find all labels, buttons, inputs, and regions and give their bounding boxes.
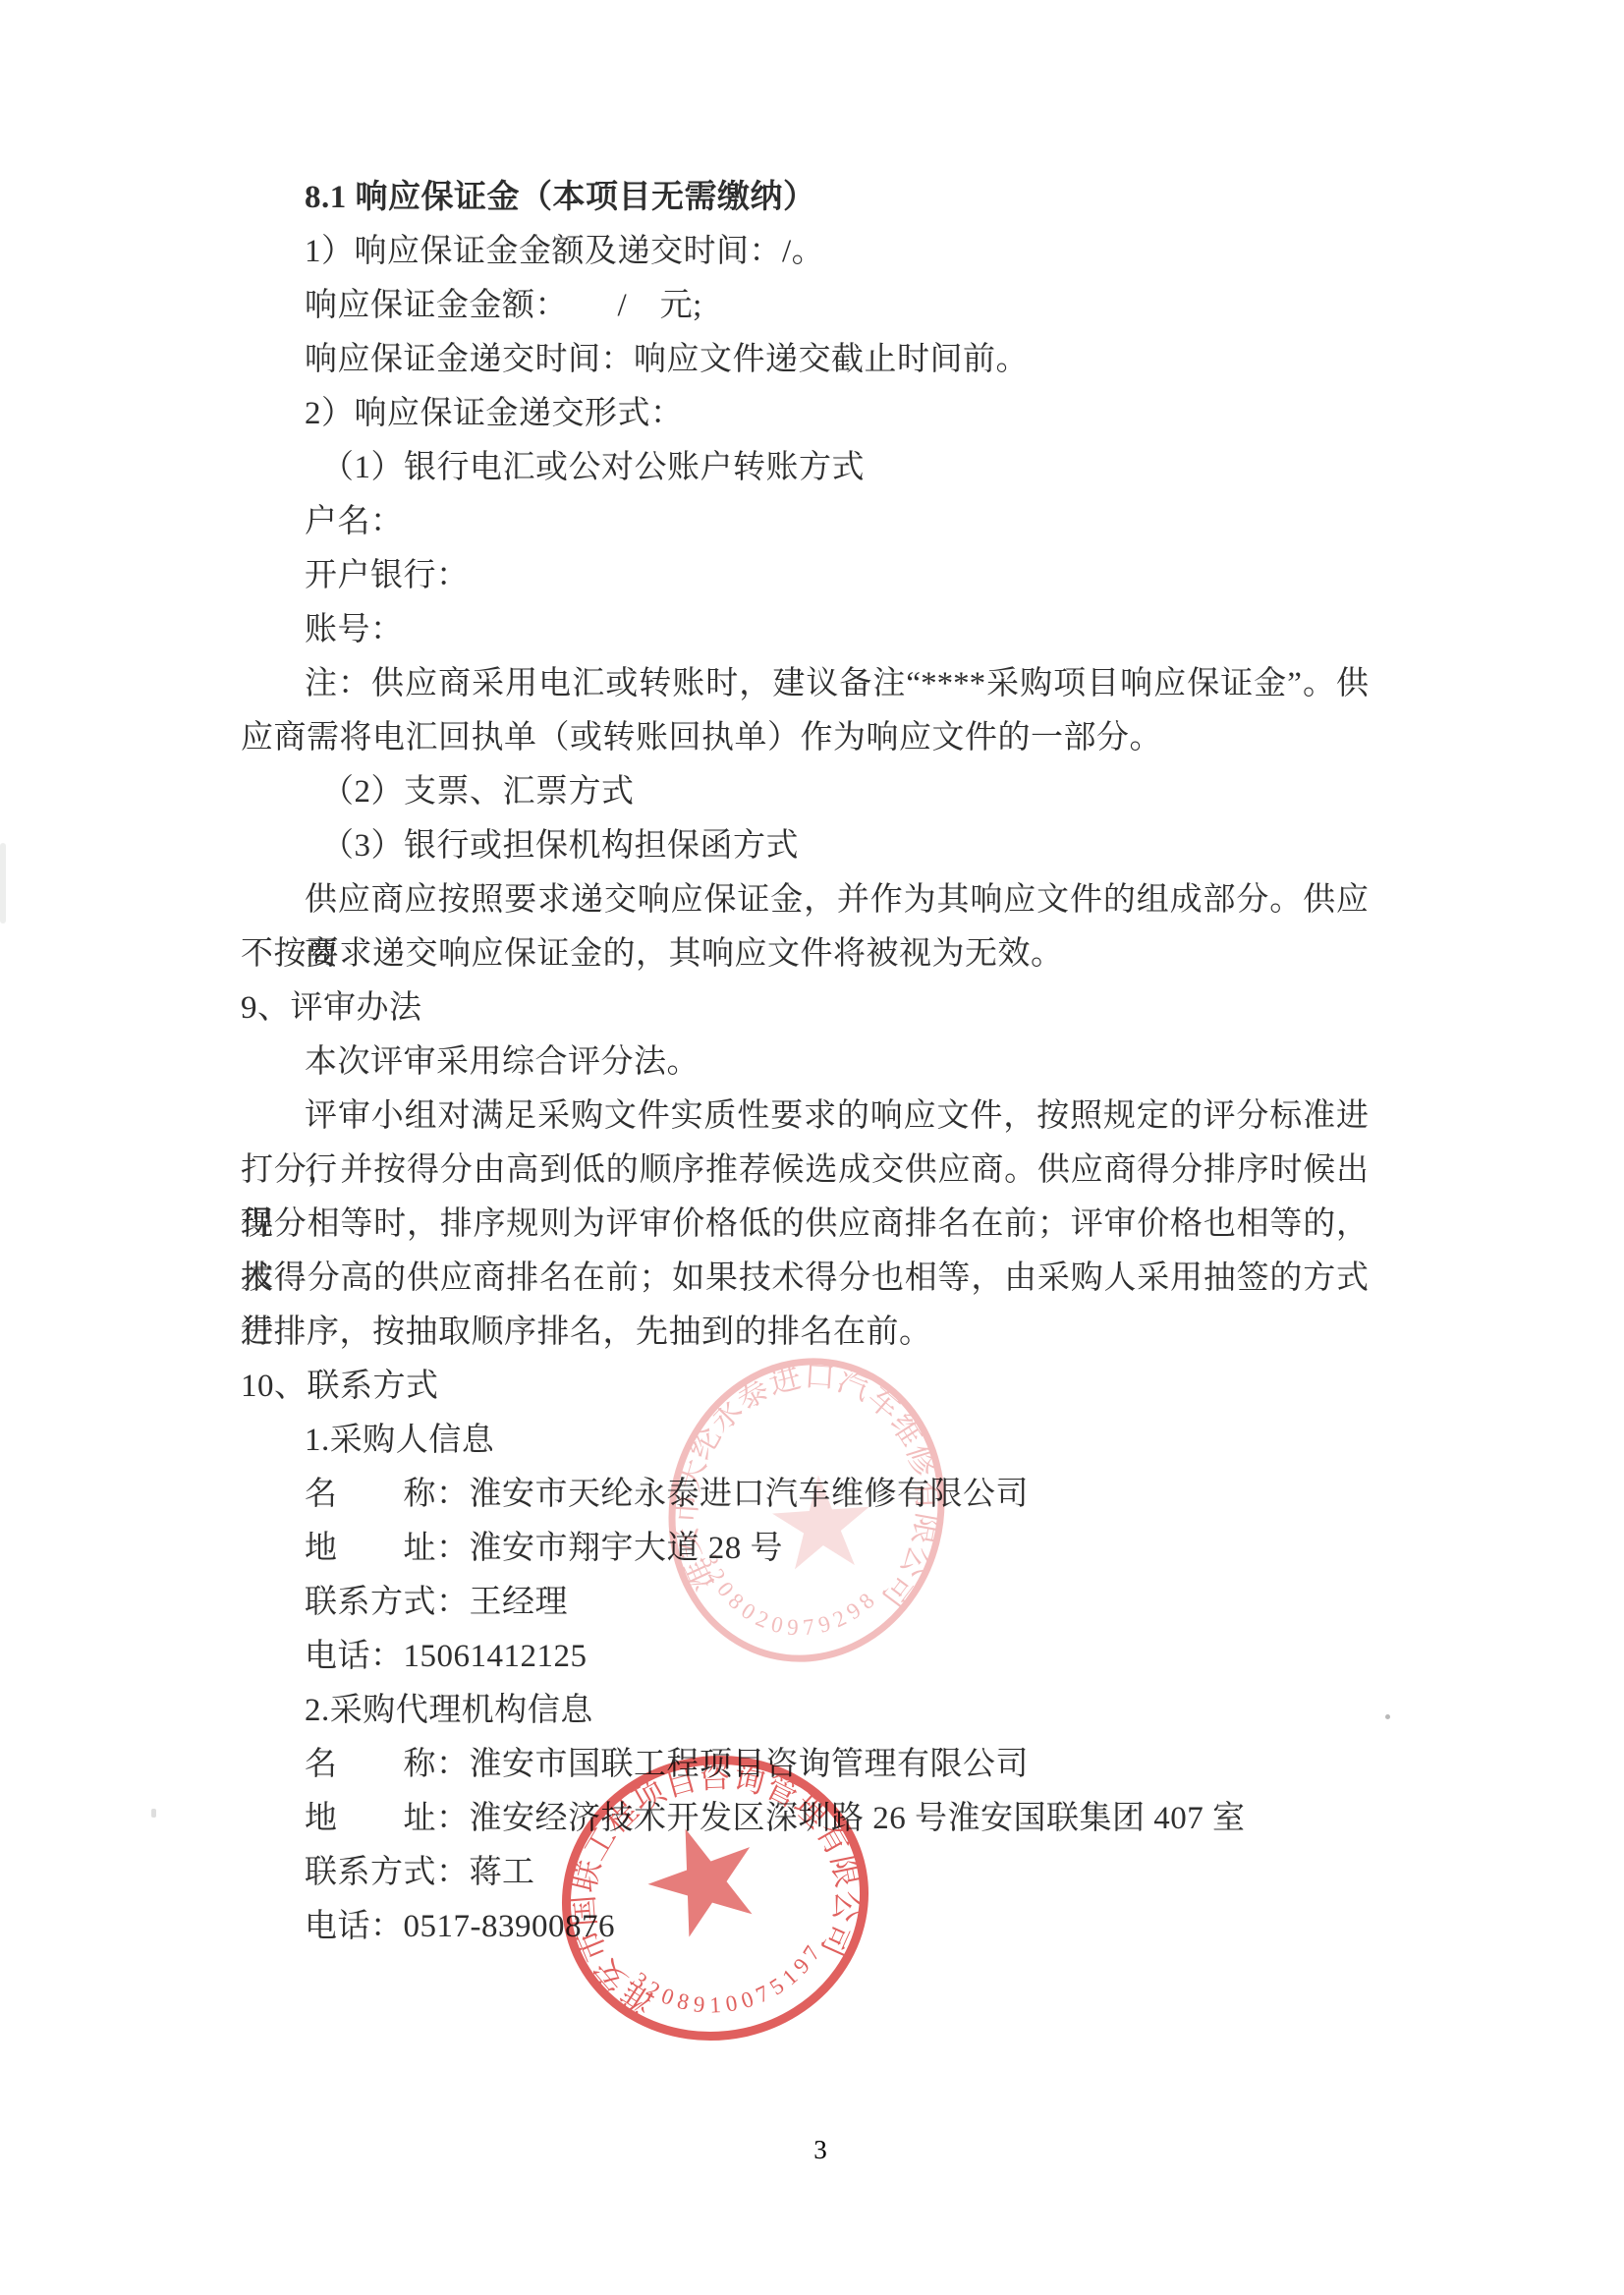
text-line: 电话：15061412125 [305, 1630, 588, 1684]
text-line: 应商需将电汇回执单（或转账回执单）作为响应文件的一部分。 [241, 711, 1162, 765]
text-line: 电话：0517-83900876 [305, 1900, 615, 1954]
scan-artifact [151, 1809, 156, 1818]
text-line: 行排序，按抽取顺序排名，先抽到的排名在前。 [241, 1306, 932, 1360]
text-line: 10、联系方式 [241, 1360, 439, 1414]
text-line: 户名： [305, 495, 404, 549]
text-line: 评审小组对满足采购文件实质性要求的响应文件，按照规定的评分标准进行 [305, 1090, 1369, 1144]
text-line: 1）响应保证金金额及递交时间：/。 [305, 225, 824, 279]
document-page: 8.1 响应保证金（本项目无需缴纳）1）响应保证金金额及递交时间：/。响应保证金… [0, 0, 1624, 2295]
text-line: 地 址：淮安市翔宇大道 28 号 [305, 1522, 783, 1576]
text-line: 账号： [305, 603, 404, 657]
text-line: 联系方式：王经理 [305, 1576, 568, 1630]
text-line: 8.1 响应保证金（本项目无需缴纳） [305, 171, 816, 225]
text-line: 响应保证金递交时间：响应文件递交截止时间前。 [305, 333, 1029, 387]
text-line: 注：供应商采用电汇或转账时，建议备注“****采购项目响应保证金”。供 [305, 657, 1369, 711]
text-line: 本次评审采用综合评分法。 [305, 1036, 700, 1090]
text-line: 名 称：淮安市国联工程项目咨询管理有限公司 [305, 1738, 1029, 1792]
text-line: 1.采购人信息 [305, 1414, 494, 1468]
text-line: 名 称：淮安市天纶永泰进口汽车维修有限公司 [305, 1468, 1029, 1522]
text-line: 2）响应保证金递交形式： [305, 387, 684, 441]
text-line: （2）支票、汇票方式 [321, 765, 635, 819]
text-line: 开户银行： [305, 549, 470, 603]
text-line: 地 址：淮安经济技术开发区深圳路 26 号淮安国联集团 407 室 [305, 1792, 1246, 1846]
text-line: 9、评审办法 [241, 981, 422, 1036]
text-line: （1）银行电汇或公对公账户转账方式 [321, 441, 865, 495]
text-line: 得分相等时，排序规则为评审价格低的供应商排名在前；评审价格也相等的，技 [241, 1198, 1369, 1252]
text-line: 联系方式：蒋工 [305, 1846, 535, 1900]
text-line: 供应商应按照要求递交响应保证金，并作为其响应文件的组成部分。供应商 [305, 873, 1369, 927]
document-text: 8.1 响应保证金（本项目无需缴纳）1）响应保证金金额及递交时间：/。响应保证金… [0, 0, 1624, 2295]
scan-artifact [0, 843, 6, 924]
scan-artifact [1385, 1714, 1390, 1719]
text-line: （3）银行或担保机构担保函方式 [321, 819, 799, 873]
text-line: 术得分高的供应商排名在前；如果技术得分也相等，由采购人采用抽签的方式进 [241, 1252, 1369, 1306]
text-line: 2.采购代理机构信息 [305, 1684, 593, 1738]
text-line: 打分，并按得分由高到低的顺序推荐候选成交供应商。供应商得分排序时候出现 [241, 1144, 1369, 1198]
page-number: 3 [786, 2130, 855, 2169]
text-line: 不按要求递交响应保证金的，其响应文件将被视为无效。 [241, 927, 1064, 981]
text-line: 响应保证金金额： / 元; [305, 279, 702, 333]
